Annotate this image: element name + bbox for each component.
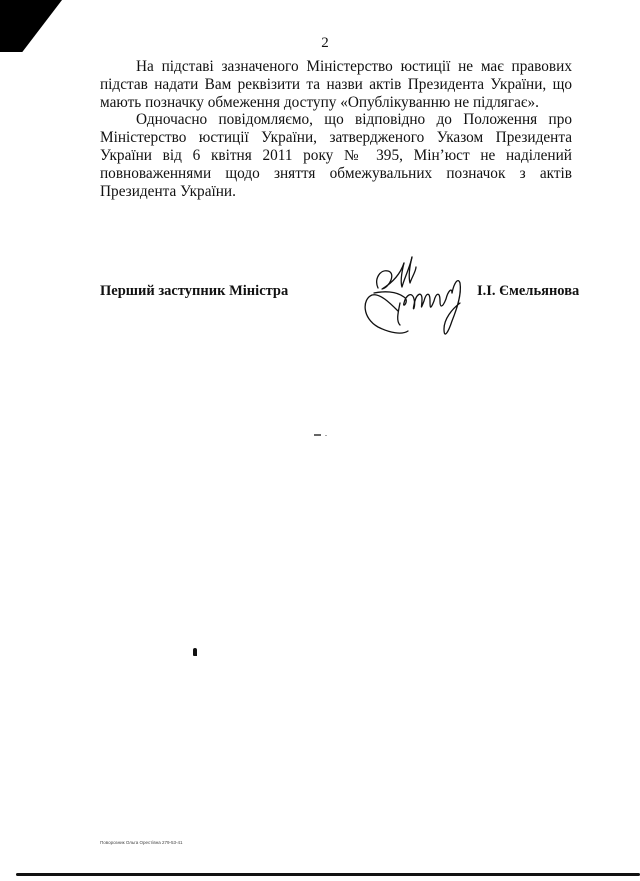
scan-bottom-edge <box>16 873 640 876</box>
handwritten-signature-icon <box>360 243 480 343</box>
executor-contact-note: Поворозник Ольга Орестівна 279-53-41 <box>100 840 183 845</box>
scan-artifact <box>325 435 327 436</box>
signer-title: Перший заступник Міністра <box>100 283 288 300</box>
paragraph-legal-grounds: На підставі зазначеного Міністерство юст… <box>100 58 572 111</box>
signer-name: І.І. Ємельянова <box>477 283 579 300</box>
scan-artifact <box>193 648 197 656</box>
paragraph-authority-notice: Одночасно повідомляємо, що відповідно до… <box>100 111 572 200</box>
scan-artifact <box>314 434 321 436</box>
signature-block: Перший заступник Міністра І.І. Ємельянов… <box>100 283 600 303</box>
page-number: 2 <box>0 35 640 52</box>
letter-body: На підставі зазначеного Міністерство юст… <box>100 58 572 200</box>
